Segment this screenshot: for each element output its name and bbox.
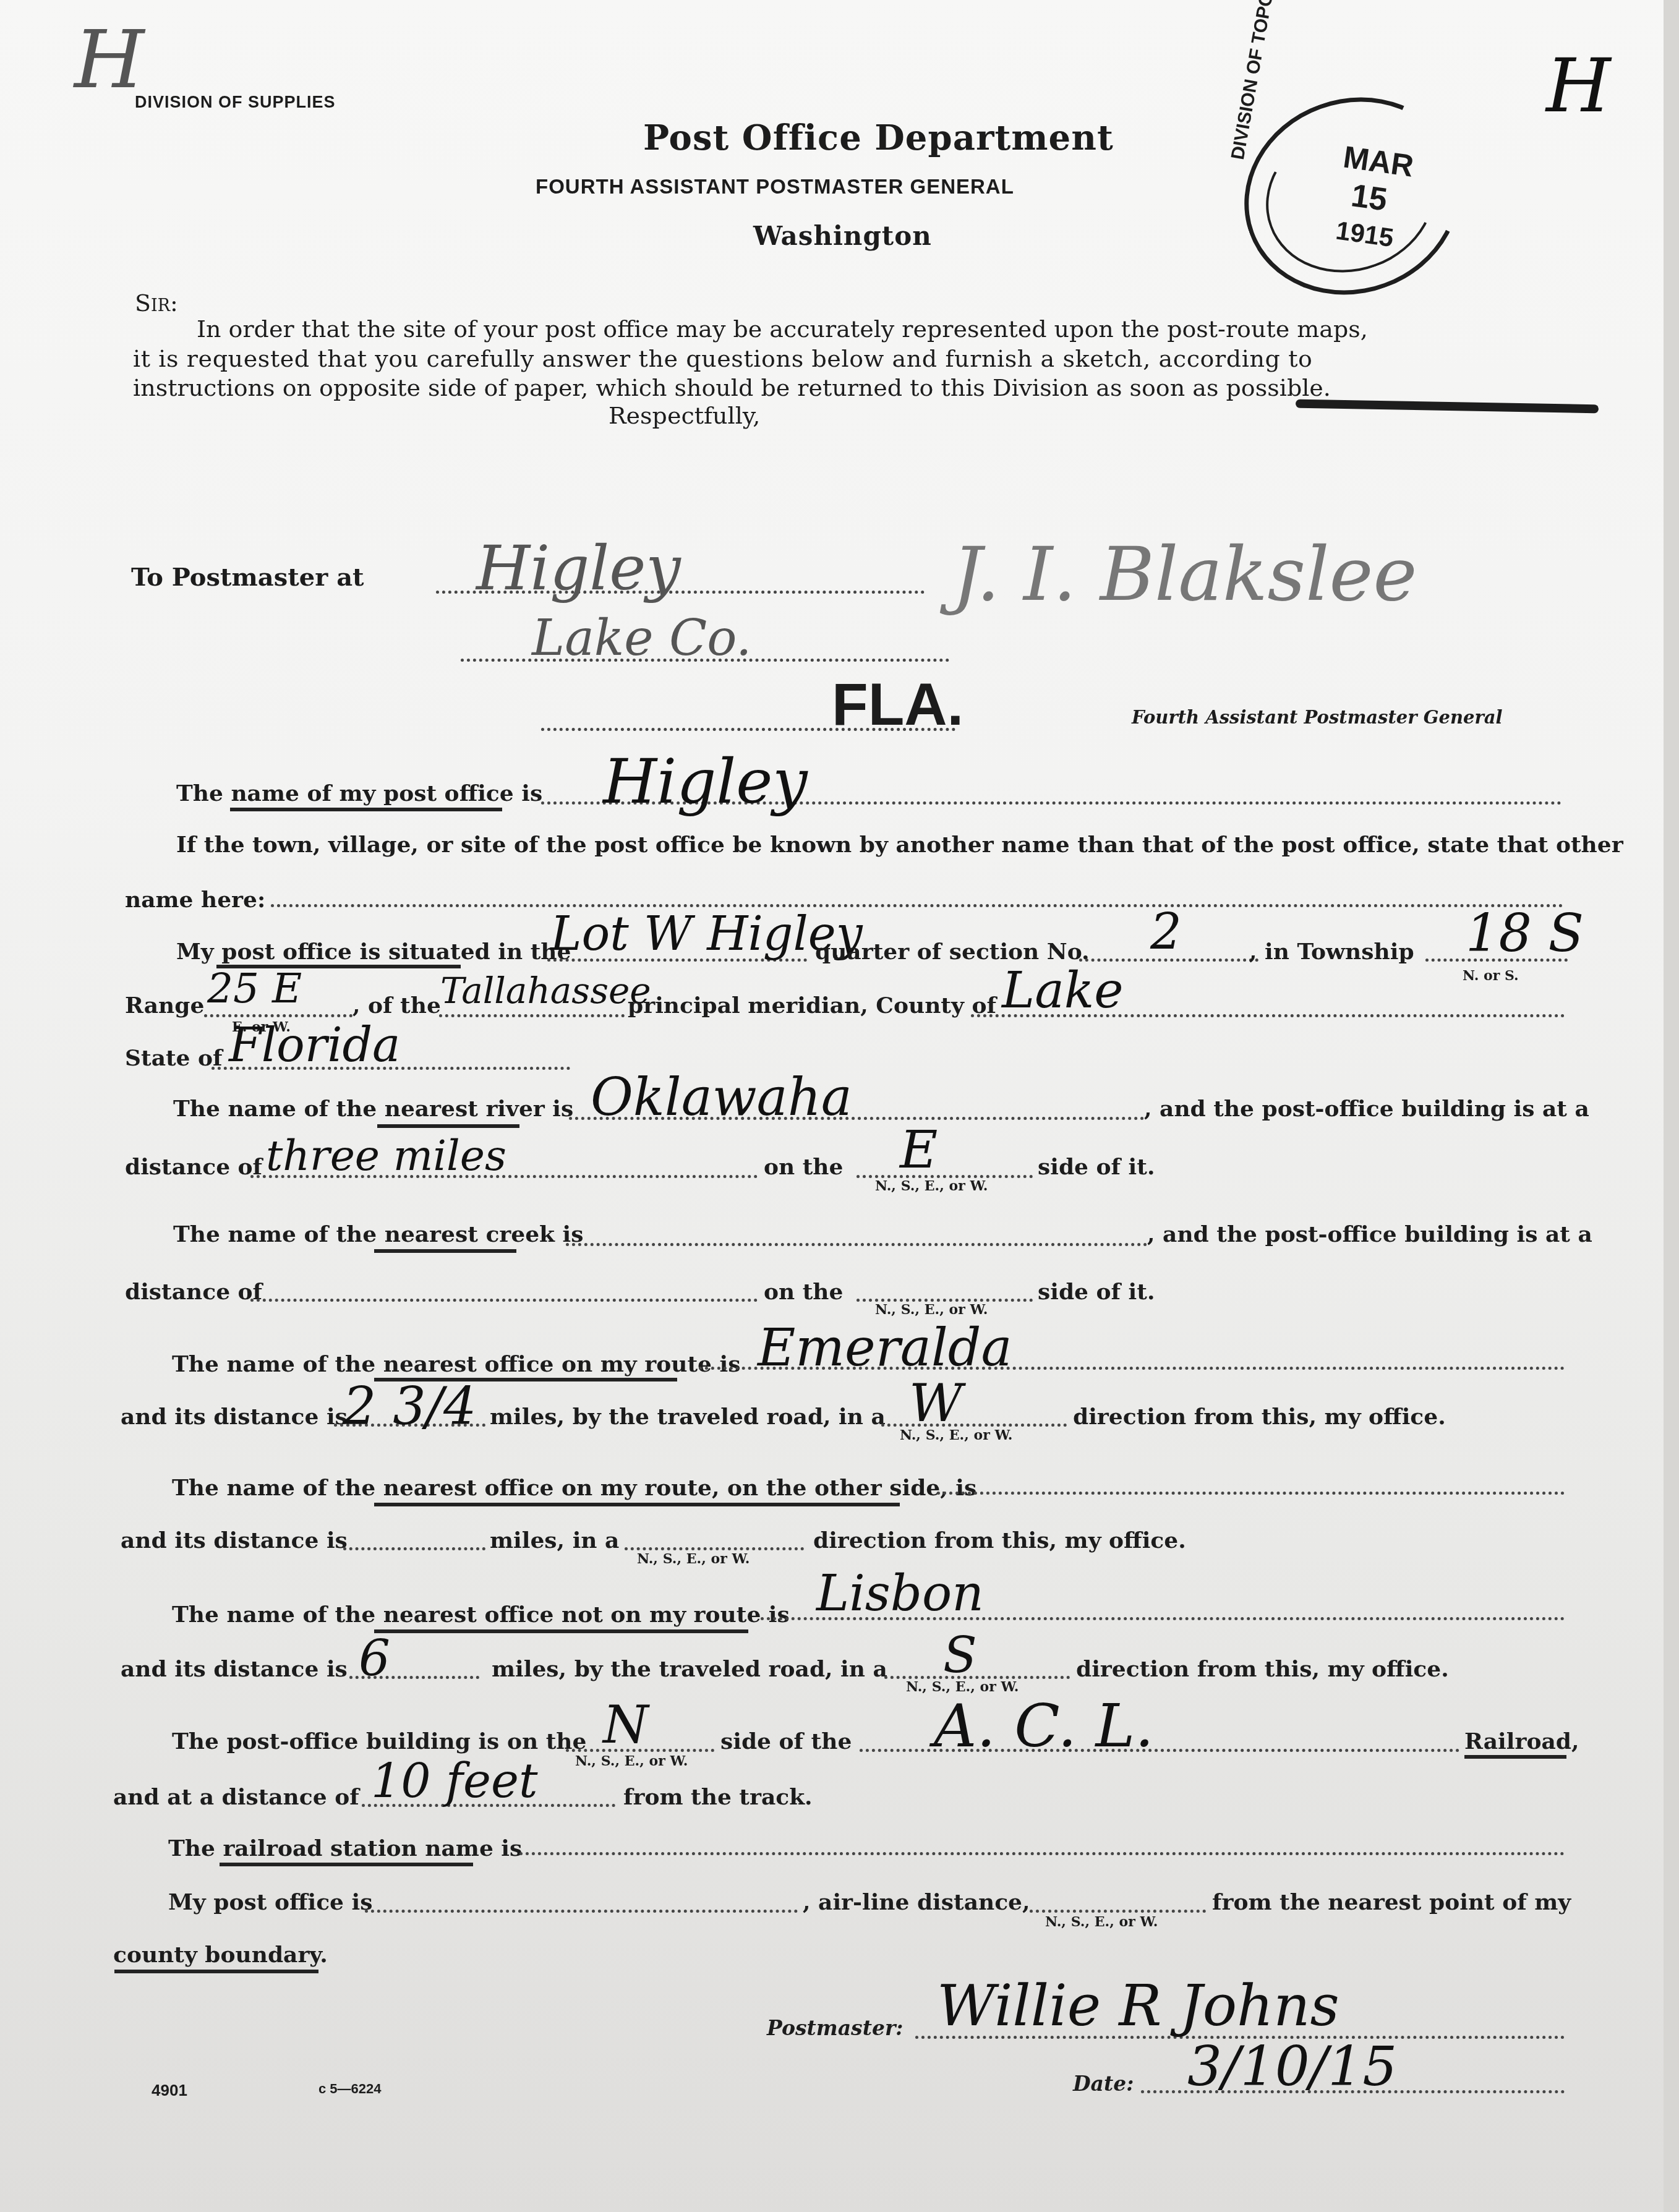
q-creek-tail: , and the post-office building is at a	[1147, 1221, 1592, 1247]
q-railroad-label: The post-office building is on the	[172, 1728, 586, 1754]
corner-mark-right: H	[1546, 43, 1611, 129]
q-situated-quarter-label: quarter of section No.	[815, 939, 1090, 965]
q-creek-on-label: on the	[764, 1279, 843, 1305]
q-railroad-side-label: side of the	[720, 1728, 852, 1754]
letter-line-1: In order that the site of your post offi…	[197, 315, 1368, 343]
q-route-other-direction-label: direction from this, my office.	[813, 1527, 1186, 1553]
q-railroad-track-label: from the track.	[623, 1784, 813, 1810]
q-route-other-label: The name of the nearest office on my rou…	[172, 1475, 976, 1501]
q-route-distance[interactable]: 2 3/4	[343, 1376, 476, 1437]
address-county[interactable]: Lake Co.	[532, 609, 751, 667]
q-range-county[interactable]: Lake	[1002, 962, 1124, 1019]
office-title: FOURTH ASSISTANT POSTMASTER GENERAL	[536, 175, 1014, 199]
q-route-value[interactable]: Emeralda	[758, 1317, 1012, 1378]
division-label: DIVISION OF SUPPLIES	[135, 93, 336, 112]
q-name-label: The name of my post office is	[176, 780, 542, 806]
address-state: FLA.	[832, 671, 963, 739]
q-railroad-name[interactable]: A. C. L.	[934, 1691, 1154, 1761]
q-not-route-direction[interactable]: S	[943, 1626, 977, 1684]
q-river-side-label: side of it.	[1038, 1154, 1155, 1180]
q-route-other-hint: N., S., E., or W.	[637, 1551, 750, 1567]
q-state-value[interactable]: Florida	[229, 1017, 400, 1072]
q-county-airline-label: , air-line distance,	[803, 1889, 1030, 1915]
q-range-value[interactable]: 25 E	[207, 965, 302, 1012]
q-railroad-rr-label: Railroad,	[1464, 1728, 1579, 1754]
q-range-meridian[interactable]: Tallahassee	[440, 970, 651, 1012]
q-range-label: Range	[125, 993, 204, 1018]
q-railroad-distance[interactable]: 10 feet	[371, 1753, 538, 1808]
date-label: Date:	[1073, 2072, 1134, 2096]
q-county-label: My post office is	[168, 1889, 372, 1915]
q-railroad-hint: N., S., E., or W.	[575, 1753, 688, 1769]
q-creek-hint: N., S., E., or W.	[875, 1302, 988, 1318]
salutation: Sir:	[135, 289, 178, 317]
q-other-label: If the town, village, or site of the pos…	[176, 832, 1623, 858]
q-other-label2: name here:	[125, 887, 265, 913]
q-railroad-side[interactable]: N	[603, 1694, 649, 1755]
q-river-distance-label: distance of	[125, 1154, 262, 1180]
letter-line-3: instructions on opposite side of paper, …	[133, 374, 1331, 401]
underline-mark	[1296, 399, 1599, 414]
address-town[interactable]: Higley	[476, 532, 681, 604]
to-postmaster-label: To Postmaster at	[131, 563, 364, 592]
q-station-label: The railroad station name is	[168, 1835, 522, 1861]
q-route-hint: N., S., E., or W.	[900, 1427, 1012, 1443]
q-county-hint: N., S., E., or W.	[1045, 1914, 1158, 1930]
q-river-value[interactable]: Oklawaha	[591, 1067, 852, 1127]
q-creek-side-label: side of it.	[1038, 1279, 1155, 1305]
q-route-other-miles-label: miles, in a	[490, 1527, 619, 1553]
q-name-value[interactable]: Higley	[603, 745, 808, 818]
signer-title: Fourth Assistant Postmaster General	[1132, 707, 1503, 728]
q-not-route-value[interactable]: Lisbon	[816, 1565, 984, 1622]
print-code: c 5—6224	[318, 2081, 382, 2097]
closing: Respectfully,	[609, 402, 760, 429]
postmaster-signature[interactable]: Willie R Johns	[937, 1973, 1339, 2039]
q-not-route-label: The name of the nearest office not on my…	[172, 1602, 790, 1628]
city-title: Washington	[753, 221, 932, 251]
q-route-miles-label: miles, by the traveled road, in a	[490, 1404, 886, 1430]
q-range-of-label: , of the	[352, 993, 441, 1018]
signature-fapg: J. I. Blakslee	[952, 532, 1417, 618]
department-title: Post Office Department	[643, 117, 1114, 158]
q-route-distance-label: and its distance is	[121, 1404, 348, 1430]
q-river-side[interactable]: E	[900, 1119, 938, 1180]
q-not-route-distance[interactable]: 6	[359, 1629, 390, 1687]
q-creek-label: The name of the nearest creek is	[173, 1221, 584, 1247]
q-situated-township-label: , in Township	[1249, 939, 1414, 965]
page-edge	[1664, 0, 1679, 2212]
stamp-day: 15	[1349, 177, 1390, 218]
postmaster-label: Postmaster:	[767, 2016, 903, 2040]
q-river-on-label: on the	[764, 1154, 843, 1180]
document-page: H H DIVISION OF SUPPLIES Post Office Dep…	[0, 0, 1664, 2212]
q-situated-label: My post office is situated in the	[176, 939, 571, 965]
q-river-tail: , and the post-office building is at a	[1144, 1096, 1589, 1122]
q-not-route-miles-label: miles, by the traveled road, in a	[492, 1656, 887, 1682]
letter-line-2: it is requested that you carefully answe…	[133, 345, 1312, 372]
form-number: 4901	[152, 2081, 187, 2100]
q-route-other-distance-label: and its distance is	[121, 1527, 348, 1553]
q-river-label: The name of the nearest river is	[173, 1096, 573, 1122]
q-railroad-distance-label: and at a distance of	[113, 1784, 359, 1810]
q-route-label: The name of the nearest office on my rou…	[172, 1351, 740, 1377]
q-state-label: State of	[125, 1045, 223, 1071]
q-county-tail-label: from the nearest point of my	[1212, 1889, 1571, 1915]
q-river-hint: N., S., E., or W.	[875, 1178, 988, 1194]
q-route-direction-label: direction from this, my office.	[1073, 1404, 1446, 1430]
q-situated-township[interactable]: 18 S	[1466, 903, 1584, 963]
date-value[interactable]: 3/10/15	[1187, 2035, 1397, 2098]
q-not-route-direction-label: direction from this, my office.	[1076, 1656, 1449, 1682]
q-river-distance[interactable]: three miles	[266, 1132, 506, 1181]
q-range-meridian-label: principal meridian, County of	[628, 993, 996, 1018]
q-route-direction[interactable]: W	[909, 1373, 962, 1433]
hint-n-or-s: N. or S.	[1463, 968, 1519, 984]
corner-mark-left: H	[74, 12, 144, 106]
q-creek-distance-label: distance of	[125, 1279, 262, 1305]
q-situated-section[interactable]: 2	[1150, 903, 1182, 960]
q-county-label2: county boundary.	[113, 1942, 328, 1968]
q-not-route-distance-label: and its distance is	[121, 1656, 348, 1682]
